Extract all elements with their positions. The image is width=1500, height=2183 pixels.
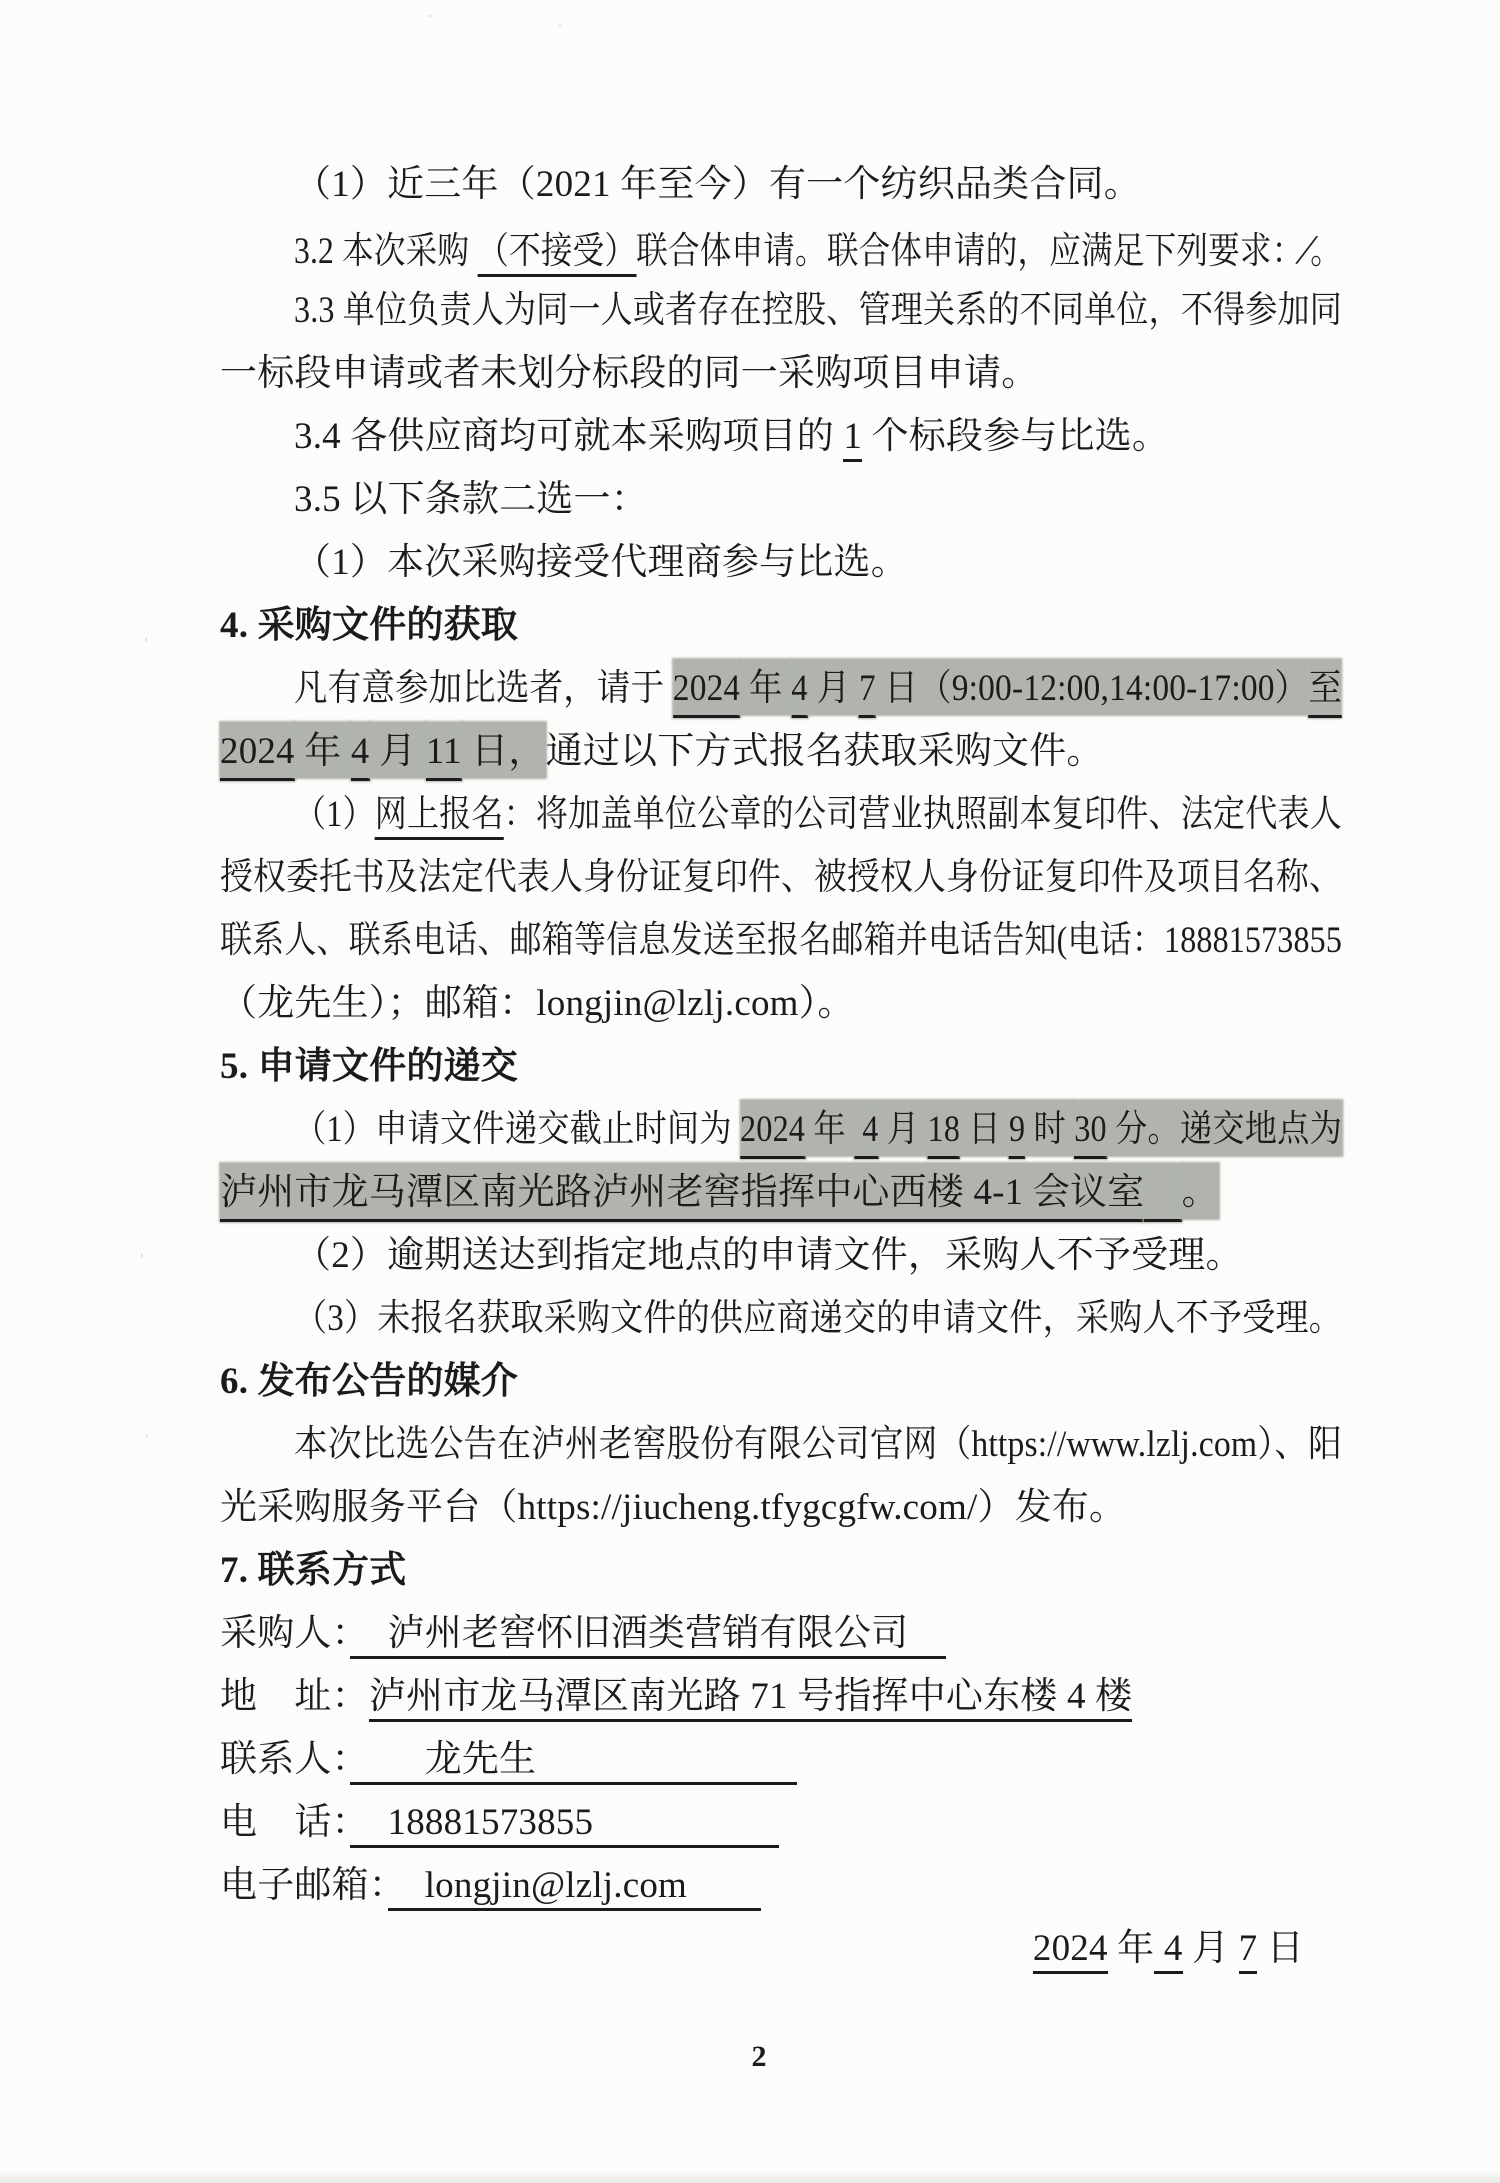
text-segment: 2024 [1033, 1928, 1108, 1974]
text-segment: 4 [1154, 1928, 1182, 1974]
page-number: 2 [744, 2040, 774, 2074]
text-line: （1）近三年（2021 年至今）有一个纺织品类合同。 [220, 153, 1342, 216]
text-segment: （3）未报名获取采购文件的供应商递交的申请文件，采购人不予受理。 [294, 1298, 1342, 1339]
text-line: 2024 年 4 月 7 日 [220, 1917, 1342, 1980]
text-line: 电 话： 18881573855 [220, 1791, 1342, 1854]
text-segment: 2024 [673, 659, 741, 718]
text-line-content: 6. 发布公告的媒介 [220, 1350, 518, 1413]
text-line-content: 2024 年 4 月 7 日 [1033, 1917, 1304, 1980]
text-segment: 年 [1108, 1928, 1155, 1969]
text-segment: 日 [960, 1100, 1009, 1156]
text-segment: （龙先生）；邮箱：longjin@lzlj.com）。 [220, 983, 855, 1024]
text-segment: 18 [928, 1100, 961, 1159]
text-segment: 授权委托书及法定代表人身份证复印件、被授权人身份证复印件及项目名称、 [220, 857, 1342, 898]
text-segment [1144, 1163, 1181, 1222]
text-line-content: 3.5 以下条款二选一： [294, 468, 648, 531]
text-line-content: 本次比选公告在泸州老窖股份有限公司官网（https://www.lzlj.com… [294, 1413, 1342, 1476]
text-line: 采购人： 泸州老窖怀旧酒类营销有限公司 [220, 1602, 1342, 1665]
text-line-content: 泸州市龙马潭区南光路泸州老窖指挥中心西楼 4-1 会议室 。 [220, 1161, 1219, 1224]
text-segment: 7 [859, 659, 876, 718]
text-segment: 月 [808, 659, 859, 715]
text-line: （3）未报名获取采购文件的供应商递交的申请文件，采购人不予受理。 [220, 1287, 1342, 1350]
text-segment: （不接受） [477, 231, 636, 277]
text-segment: 3.4 各供应商均可就本采购项目的 [294, 416, 843, 457]
text-line: 本次比选公告在泸州老窖股份有限公司官网（https://www.lzlj.com… [220, 1413, 1342, 1476]
text-line-content: 凡有意参加比选者，请于 2024 年 4 月 7 日（9:00-12:00,14… [294, 657, 1342, 720]
text-segment: 。 [1182, 1163, 1219, 1219]
text-line: 光采购服务平台（https://jiucheng.tfygcgfw.com/）发… [220, 1476, 1342, 1539]
text-line-content: （1）网上报名：将加盖单位公章的公司营业执照副本复印件、法定代表人 [294, 783, 1342, 846]
text-segment: 5. 申请文件的递交 [220, 1046, 518, 1087]
text-line: 3.2 本次采购 （不接受）联合体申请。联合体申请的，应满足下列要求：∕。 [220, 216, 1342, 279]
text-line-content: 联系人： 龙先生 [220, 1728, 797, 1791]
text-segment: 月 [370, 722, 426, 778]
text-segment: 日， [462, 722, 546, 778]
text-segment: 龙先生 [350, 1739, 796, 1785]
text-segment: 光采购服务平台（https://jiucheng.tfygcgfw.com/）发… [220, 1487, 1126, 1528]
text-segment: 电子邮箱： [220, 1865, 388, 1906]
text-segment: 采购人： [220, 1613, 350, 1654]
text-line: 3.4 各供应商均可就本采购项目的 1 个标段参与比选。 [220, 405, 1342, 468]
text-line: 授权委托书及法定代表人身份证复印件、被授权人身份证复印件及项目名称、 [220, 846, 1342, 909]
text-line: 凡有意参加比选者，请于 2024 年 4 月 7 日（9:00-12:00,14… [220, 657, 1342, 720]
text-line-content: 3.3 单位负责人为同一人或者存在控股、管理关系的不同单位，不得参加同 [294, 279, 1342, 342]
text-line: 泸州市龙马潭区南光路泸州老窖指挥中心西楼 4-1 会议室 。 [220, 1161, 1342, 1224]
text-line: （1）申请文件递交截止时间为 2024 年 4 月 18 日 9 时 30 分。… [220, 1098, 1342, 1161]
text-line-content: 电子邮箱： longjin@lzlj.com [220, 1854, 761, 1917]
text-line-content: 一标段申请或者未划分标段的同一采购项目申请。 [220, 342, 1038, 405]
text-segment: （1） [294, 794, 375, 835]
text-line-content: 7. 联系方式 [220, 1539, 406, 1602]
text-line-content: 3.2 本次采购 （不接受）联合体申请。联合体申请的，应满足下列要求：∕。 [294, 216, 1342, 283]
text-segment: 本次比选公告在泸州老窖股份有限公司官网（https://www.lzlj.com… [294, 1424, 1342, 1465]
text-segment: 3.2 本次采购 [294, 231, 477, 272]
text-segment: ：将加盖单位公章的公司营业执照副本复印件、法定代表人 [504, 794, 1342, 835]
text-segment: （1）本次采购接受代理商参与比选。 [294, 542, 908, 583]
text-segment: 3.3 单位负责人为同一人或者存在控股、管理关系的不同单位，不得参加同 [294, 290, 1342, 331]
text-segment: 凡有意参加比选者，请于 [294, 668, 673, 709]
text-line-content: 4. 采购文件的获取 [220, 594, 518, 657]
text-segment: 通过以下方式报名获取采购文件。 [546, 731, 1104, 772]
text-line-content: （1）近三年（2021 年至今）有一个纺织品类合同。 [294, 153, 1141, 216]
text-segment: 9 [1009, 1100, 1025, 1159]
text-segment: 4 [791, 659, 808, 718]
text-line: （1）本次采购接受代理商参与比选。 [220, 531, 1342, 594]
text-segment: 1 [843, 416, 862, 462]
text-line-content: 2024 年 4 月 11 日，通过以下方式报名获取采购文件。 [220, 720, 1104, 783]
text-segment: 30 [1074, 1100, 1107, 1159]
text-line-content: （龙先生）；邮箱：longjin@lzlj.com）。 [220, 972, 855, 1035]
text-segment: longjin@lzlj.com [388, 1865, 762, 1911]
text-line-content: 5. 申请文件的递交 [220, 1035, 518, 1098]
text-segment: 7 [1239, 1928, 1258, 1974]
text-line-content: （3）未报名获取采购文件的供应商递交的申请文件，采购人不予受理。 [294, 1287, 1342, 1350]
text-segment: 联系人： [220, 1739, 350, 1780]
text-line: 电子邮箱： longjin@lzlj.com [220, 1854, 1342, 1917]
document-body: （1）近三年（2021 年至今）有一个纺织品类合同。3.2 本次采购 （不接受）… [220, 153, 1342, 1980]
text-segment: 4 [854, 1100, 879, 1159]
text-segment: 时 [1025, 1100, 1074, 1156]
text-segment: （2）逾期送达到指定地点的申请文件，采购人不予受理。 [294, 1235, 1243, 1276]
text-line: 7. 联系方式 [220, 1539, 1342, 1602]
text-segment: 年 [295, 722, 351, 778]
text-segment: 11 [426, 722, 462, 781]
text-segment: 3.5 以下条款二选一： [294, 479, 648, 520]
text-line: 一标段申请或者未划分标段的同一采购项目申请。 [220, 342, 1342, 405]
text-line-content: 联系人、联系电话、邮箱等信息发送至报名邮箱并电话告知(电话：1888157385… [220, 909, 1342, 972]
text-line: 联系人： 龙先生 [220, 1728, 1342, 1791]
text-segment: 日 [1257, 1928, 1304, 1969]
text-segment: （1）近三年（2021 年至今）有一个纺织品类合同。 [294, 164, 1141, 205]
text-line-content: 电 话： 18881573855 [220, 1791, 779, 1854]
text-segment: 泸州市龙马潭区南光路 71 号指挥中心东楼 4 楼 [369, 1676, 1133, 1722]
text-segment: 年 [740, 659, 791, 715]
text-segment: 月 [879, 1100, 928, 1156]
text-segment: 分。 [1107, 1100, 1180, 1156]
text-line-content: （2）逾期送达到指定地点的申请文件，采购人不予受理。 [294, 1224, 1243, 1287]
text-segment: 泸州老窖怀旧酒类营销有限公司 [350, 1613, 945, 1659]
text-line: 4. 采购文件的获取 [220, 594, 1342, 657]
text-segment: 月 [1183, 1928, 1239, 1969]
text-segment: 联系人、联系电话、邮箱等信息发送至报名邮箱并电话告知(电话：1888157385… [220, 920, 1342, 961]
text-line: 3.5 以下条款二选一： [220, 468, 1342, 531]
scanned-document-page: （1）近三年（2021 年至今）有一个纺织品类合同。3.2 本次采购 （不接受）… [0, 0, 1500, 2183]
text-line: 联系人、联系电话、邮箱等信息发送至报名邮箱并电话告知(电话：1888157385… [220, 909, 1342, 972]
text-segment: 18881573855 [350, 1802, 779, 1848]
text-segment: 地 址： [220, 1676, 369, 1717]
text-line: （1）网上报名：将加盖单位公章的公司营业执照副本复印件、法定代表人 [220, 783, 1342, 846]
text-line-content: 3.4 各供应商均可就本采购项目的 1 个标段参与比选。 [294, 405, 1169, 468]
text-line: （2）逾期送达到指定地点的申请文件，采购人不予受理。 [220, 1224, 1342, 1287]
text-line-content: 地 址：泸州市龙马潭区南光路 71 号指挥中心东楼 4 楼 [220, 1665, 1132, 1728]
text-segment: 7. 联系方式 [220, 1550, 406, 1591]
text-segment: 。 [1310, 231, 1342, 272]
text-segment: 2024 [740, 1100, 805, 1159]
text-line: 2024 年 4 月 11 日，通过以下方式报名获取采购文件。 [220, 720, 1342, 783]
text-segment: 网上报名 [375, 794, 504, 840]
text-segment: 2024 [220, 722, 295, 781]
text-line: 5. 申请文件的递交 [220, 1035, 1342, 1098]
scan-smudge [0, 2171, 1500, 2183]
text-segment: 4 [351, 722, 370, 781]
text-line: 3.3 单位负责人为同一人或者存在控股、管理关系的不同单位，不得参加同 [220, 279, 1342, 342]
text-segment: 递交地点为 [1180, 1100, 1342, 1156]
text-segment: 至 [1308, 659, 1342, 718]
text-line-content: （1）本次采购接受代理商参与比选。 [294, 531, 908, 594]
text-segment: 6. 发布公告的媒介 [220, 1361, 518, 1402]
text-segment: 个标段参与比选。 [862, 416, 1169, 457]
text-line-content: 光采购服务平台（https://jiucheng.tfygcgfw.com/）发… [220, 1476, 1126, 1539]
text-segment: 泸州市龙马潭区南光路泸州老窖指挥中心西楼 4-1 会议室 [220, 1163, 1144, 1222]
text-segment: （1）申请文件递交截止时间为 [294, 1109, 740, 1150]
text-line-content: 授权委托书及法定代表人身份证复印件、被授权人身份证复印件及项目名称、 [220, 846, 1342, 909]
text-segment: 联合体申请。联合体申请的，应满足下列要求： [636, 231, 1303, 272]
text-segment: 日（9:00-12:00,14:00-17:00） [876, 659, 1308, 715]
text-line: 6. 发布公告的媒介 [220, 1350, 1342, 1413]
text-line-content: 采购人： 泸州老窖怀旧酒类营销有限公司 [220, 1602, 946, 1665]
text-segment: 年 [805, 1100, 854, 1156]
text-segment: 一标段申请或者未划分标段的同一采购项目申请。 [220, 353, 1038, 394]
text-segment: 4. 采购文件的获取 [220, 605, 518, 646]
text-line: 地 址：泸州市龙马潭区南光路 71 号指挥中心东楼 4 楼 [220, 1665, 1342, 1728]
text-segment: 电 话： [220, 1802, 350, 1843]
text-line: （龙先生）；邮箱：longjin@lzlj.com）。 [220, 972, 1342, 1035]
text-line-content: （1）申请文件递交截止时间为 2024 年 4 月 18 日 9 时 30 分。… [294, 1098, 1342, 1161]
